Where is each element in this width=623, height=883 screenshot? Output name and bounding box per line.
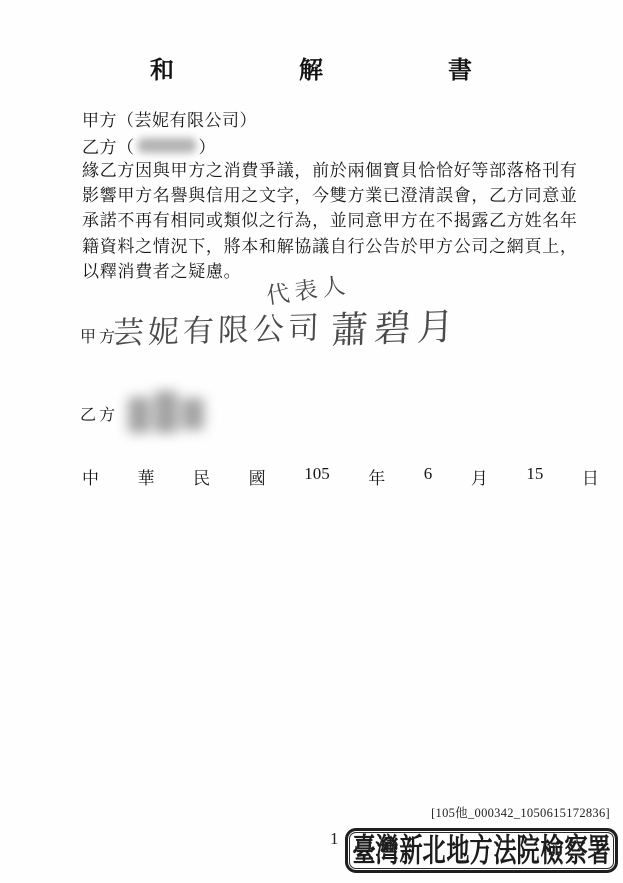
prosecutors-office-stamp: 臺 灣 新 北 地 方 法 院 檢 察 署	[345, 828, 618, 873]
redaction-blob	[182, 398, 204, 430]
stamp-char: 灣	[376, 835, 399, 867]
date-part: 華	[138, 464, 155, 489]
page-number: 1	[330, 829, 339, 849]
body-line: 籍資料之情況下，將本和解協議自行公告於甲方公司之網頁上，	[82, 234, 582, 259]
date-part: 15	[526, 464, 543, 489]
body-line: 承諾不再有相同或類似之行為，並同意甲方在不揭露乙方姓名年	[82, 208, 582, 233]
redacted-party-b-signature	[128, 390, 210, 434]
document-id: [105他_000342_1050615172836]	[405, 803, 610, 821]
party-a-line: 甲方（芸妮有限公司）	[82, 106, 257, 131]
signature-party-b-label: 乙方	[80, 402, 118, 425]
stamp-char: 署	[588, 835, 611, 867]
redaction-blob	[154, 391, 178, 433]
stamp-char: 新	[399, 835, 422, 867]
stamp-char: 北	[423, 835, 446, 867]
date-part: 105	[304, 464, 330, 489]
title-char: 解	[299, 50, 323, 85]
stamp-char: 方	[470, 835, 493, 867]
date-part: 日	[582, 464, 599, 489]
party-b-prefix: 乙方（	[82, 133, 135, 158]
date-part: 中	[82, 464, 99, 489]
settlement-agreement-page: 和 解 書 甲方（芸妮有限公司） 乙方（ ） 緣乙方因與甲方之消費爭議，前於兩個…	[0, 0, 623, 883]
date-part: 國	[249, 464, 266, 489]
stamp-char: 地	[446, 835, 469, 867]
date-part: 民	[193, 464, 210, 489]
document-title: 和 解 書	[150, 50, 472, 85]
redacted-party-b-name	[138, 138, 196, 153]
handwritten-company-name: 芸妮有限公司	[112, 302, 323, 353]
title-char: 書	[448, 50, 472, 85]
body-line: 緣乙方因與甲方之消費爭議，前於兩個寶貝恰恰好等部落格刊有	[82, 158, 582, 183]
stamp-char: 法	[493, 835, 516, 867]
stamp-char: 院	[517, 835, 540, 867]
date-line: 中 華 民 國 105 年 6 月 15 日	[82, 464, 599, 489]
date-part: 月	[471, 464, 488, 489]
handwritten-representative-name: 蕭碧月	[330, 296, 461, 355]
stamp-char: 察	[564, 835, 587, 867]
stamp-char: 臺	[352, 835, 375, 867]
party-b-suffix: ）	[199, 133, 217, 158]
body-line: 影響甲方名譽與信用之文字，今雙方業已澄清誤會，乙方同意並	[82, 183, 582, 208]
redaction-blob	[128, 397, 150, 433]
date-part: 年	[368, 464, 385, 489]
party-b-line: 乙方（ ）	[82, 133, 216, 158]
handwritten-party-a-signature: 芸妮有限公司 蕭碧月	[113, 298, 460, 352]
agreement-body: 緣乙方因與甲方之消費爭議，前於兩個寶貝恰恰好等部落格刊有 影響甲方名譽與信用之文…	[82, 158, 582, 284]
stamp-char: 檢	[540, 835, 563, 867]
date-part: 6	[424, 464, 433, 489]
title-char: 和	[150, 50, 174, 85]
